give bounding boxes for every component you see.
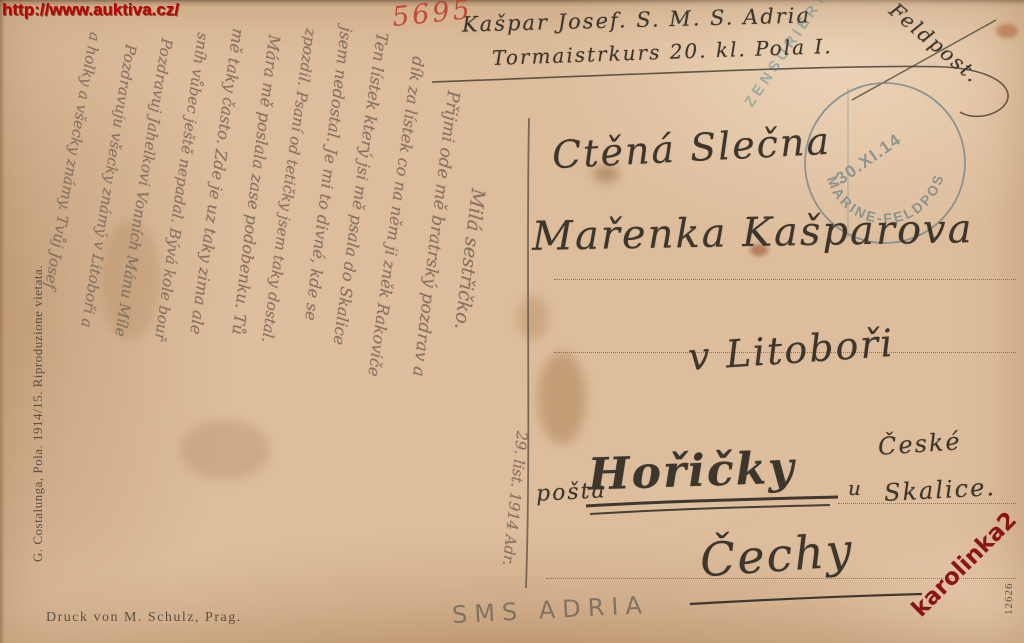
address-ceske: České bbox=[877, 427, 962, 461]
auktiva-url-watermark: http://www.auktiva.cz/ bbox=[2, 0, 179, 20]
cechy-underline bbox=[690, 594, 922, 604]
address-horicky: Hořičky bbox=[587, 442, 796, 500]
imprint-left-vertical: G. Costalunga, Pola. 1914/15. Riproduzio… bbox=[30, 265, 46, 562]
address-cechy: Čechy bbox=[698, 523, 855, 588]
address-u: u bbox=[848, 476, 863, 500]
imprint-bottom: Druck von M. Schulz, Prag. bbox=[46, 610, 242, 626]
imprint-number-vertical: 12626 bbox=[1003, 583, 1015, 616]
postcard-scan: 29. list. 1914 Adr. Milá sestřičko. Přij… bbox=[0, 0, 1024, 643]
address-skalice: Skalice. bbox=[883, 473, 996, 507]
divider-line bbox=[526, 118, 529, 588]
postmark-date: 30.XI.14 bbox=[832, 130, 905, 189]
address-line-2: Mařenka Kašparova bbox=[532, 206, 974, 260]
